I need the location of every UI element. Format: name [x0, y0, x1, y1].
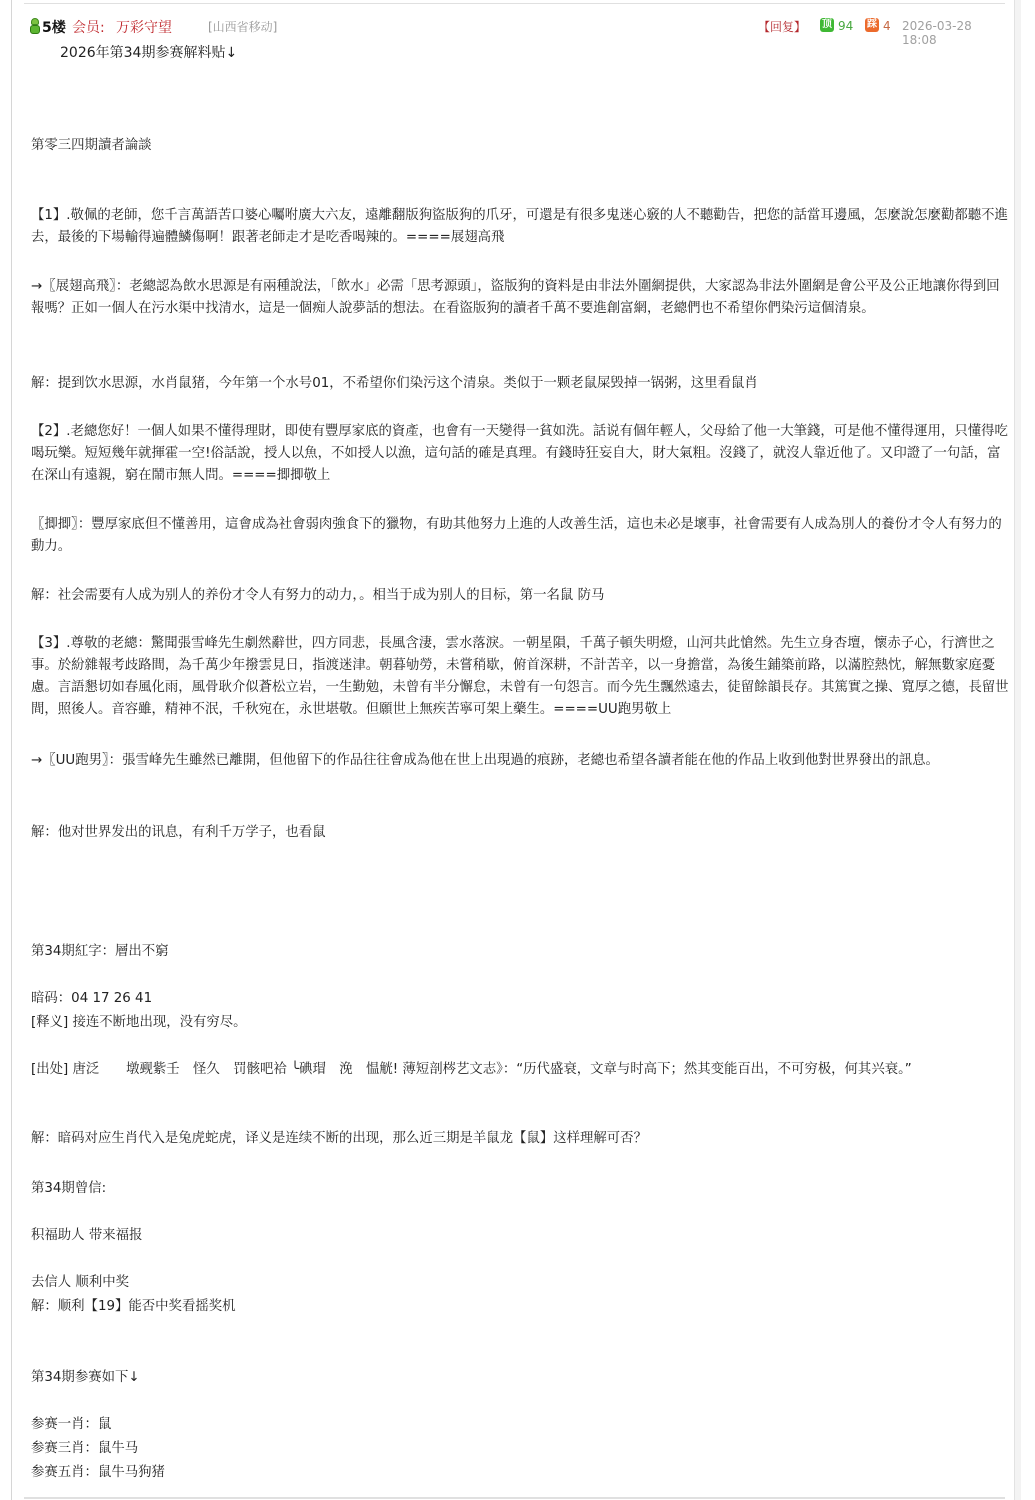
editor-reply-3: →〖UU跑男〗：張雪峰先生雖然已離開，但他留下的作品往往會成為他在世上出現過的痕…: [31, 750, 1011, 772]
like-count: 94: [838, 19, 853, 33]
entry-item: 参赛一肖：鼠: [31, 1414, 1011, 1436]
scrollbar[interactable]: [1014, 0, 1021, 1500]
editor-reply-1: →〖展翅高飛〗：老總認為飲水思源是有兩種說法，「飲水」必需「思考源頭」，盜版狗的…: [31, 276, 1011, 320]
interpretation-3: 解：他对世界发出的讯息，有利千万学子，也看鼠: [31, 822, 1011, 844]
editor-reply-2: 〖揤揤〗：豐厚家底但不懂善用，這會成為社會弱肉強食下的獵物，有助其他努力上進的人…: [31, 514, 1011, 558]
entry-title: 第34期参赛如下↓: [31, 1367, 1011, 1389]
meaning: [释义] 接连不断地出现，没有穷尽。: [31, 1012, 1011, 1034]
thumbs-up-icon[interactable]: 顶: [820, 18, 834, 32]
entry-item: 参赛三肖：鼠牛马: [31, 1438, 1011, 1460]
letter-line-1: 积福助人 带来福报: [31, 1225, 1011, 1247]
secret-code: 暗码：04 17 26 41: [31, 988, 1011, 1010]
source: [出处] 唐泛 墩觋紫壬 怪久 罚骸吧袷 ╰碘瑁 浼 愠觥! 薄短剖梣艺文志》：…: [31, 1059, 1011, 1081]
post-timestamp: 2026-03-28 18:08: [902, 19, 1009, 47]
red-word: 第34期紅字：層出不窮: [31, 941, 1011, 963]
interpretation-4: 解：暗码对应生肖代入是兔虎蛇虎，译义是连续不断的出现，那么近三期是羊鼠龙【鼠】这…: [31, 1128, 1011, 1150]
dislike-count: 4: [883, 19, 891, 33]
reader-question-2: 【2】.老總您好！一個人如果不懂得理財，即使有豐厚家底的資產，也會有一天變得一貧…: [31, 421, 1011, 487]
letter-title: 第34期曾信:: [31, 1178, 1011, 1200]
post-header: 5楼 会员: 万彩守望 [山西省移动] 【回复】 顶 94 踩 4 2026-0…: [30, 16, 1009, 38]
post-subtitle: 2026年第34期参赛解料贴↓: [60, 42, 237, 62]
letter-line-2: 去信人 顺利中奖: [31, 1272, 1011, 1294]
interpretation-2: 解：社会需要有人成为别人的养份才令人有努力的动力，。相当于成为别人的目标，第一名…: [31, 585, 1011, 607]
reader-question-1: 【1】.敬佩的老師，您千言萬語苦口婆心囑咐廣大六友，遠離翻版狗盜版狗的爪牙，可還…: [31, 205, 1011, 249]
location-tag: [山西省移动]: [208, 18, 277, 35]
thumbs-down-icon[interactable]: 踩: [865, 18, 879, 32]
entry-item: 参赛五肖：鼠牛马狗猪: [31, 1462, 1011, 1484]
section-title: 第零三四期讀者論談: [31, 135, 1011, 157]
member-label: 会员:: [72, 17, 105, 37]
divider: [24, 1497, 1005, 1499]
member-name[interactable]: 万彩守望: [116, 17, 172, 37]
left-border: [11, 0, 12, 1500]
interpretation-5: 解：顺利【19】能否中奖看摇奖机: [31, 1296, 1011, 1318]
user-level-icon: [30, 18, 40, 34]
divider: [24, 3, 1005, 4]
interpretation-1: 解：提到饮水思源，水肖鼠猪，今年第一个水号01，不希望你们染污这个清泉。类似于一…: [31, 373, 1011, 395]
reply-button[interactable]: 【回复】: [758, 18, 806, 35]
floor-number: 5楼: [42, 17, 66, 37]
reader-question-3: 【3】.尊敬的老總：驚聞張雪峰先生劇然辭世，四方同悲，長風含淒，雲水落淚。一朝星…: [31, 633, 1011, 721]
